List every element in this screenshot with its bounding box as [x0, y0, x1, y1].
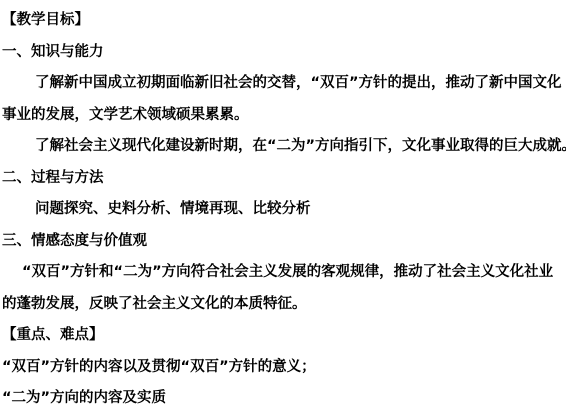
paragraph-knowledge-line3: 了解社会主义现代化建设新时期，在“二为”方向指引下，文化事业取得的巨大成就。: [2, 131, 566, 163]
paragraph-emotion-line2: 的蓬勃发展，反映了社会主义文化的本质特征。: [2, 289, 566, 321]
paragraph-knowledge-line1: 了解新中国成立初期面临新旧社会的交替，“双百”方针的提出，推动了新中国文化: [2, 68, 566, 100]
section-title-process-method: 二、过程与方法: [2, 163, 566, 195]
heading-teaching-objectives: 【教学目标】: [2, 5, 566, 37]
key-point-shuangbai: “双百”方针的内容以及贯彻“双百”方针的意义；: [2, 352, 566, 384]
paragraph-process-method: 问题探究、史料分析、情境再现、比较分析: [2, 194, 566, 226]
section-title-knowledge-ability: 一、知识与能力: [2, 37, 566, 69]
key-point-erwei: “二为”方向的内容及实质: [2, 383, 566, 415]
heading-key-difficult-points: 【重点、难点】: [2, 320, 566, 352]
section-title-emotion-values: 三、情感态度与价值观: [2, 226, 566, 258]
paragraph-emotion-line1: “双百”方针和“二为”方向符合社会主义发展的客观规律，推动了社会主义文化社业: [2, 257, 566, 289]
document-page: 【教学目标】 一、知识与能力 了解新中国成立初期面临新旧社会的交替，“双百”方针…: [0, 0, 566, 415]
paragraph-knowledge-line2: 事业的发展，文学艺术领域硕果累累。: [2, 100, 566, 132]
